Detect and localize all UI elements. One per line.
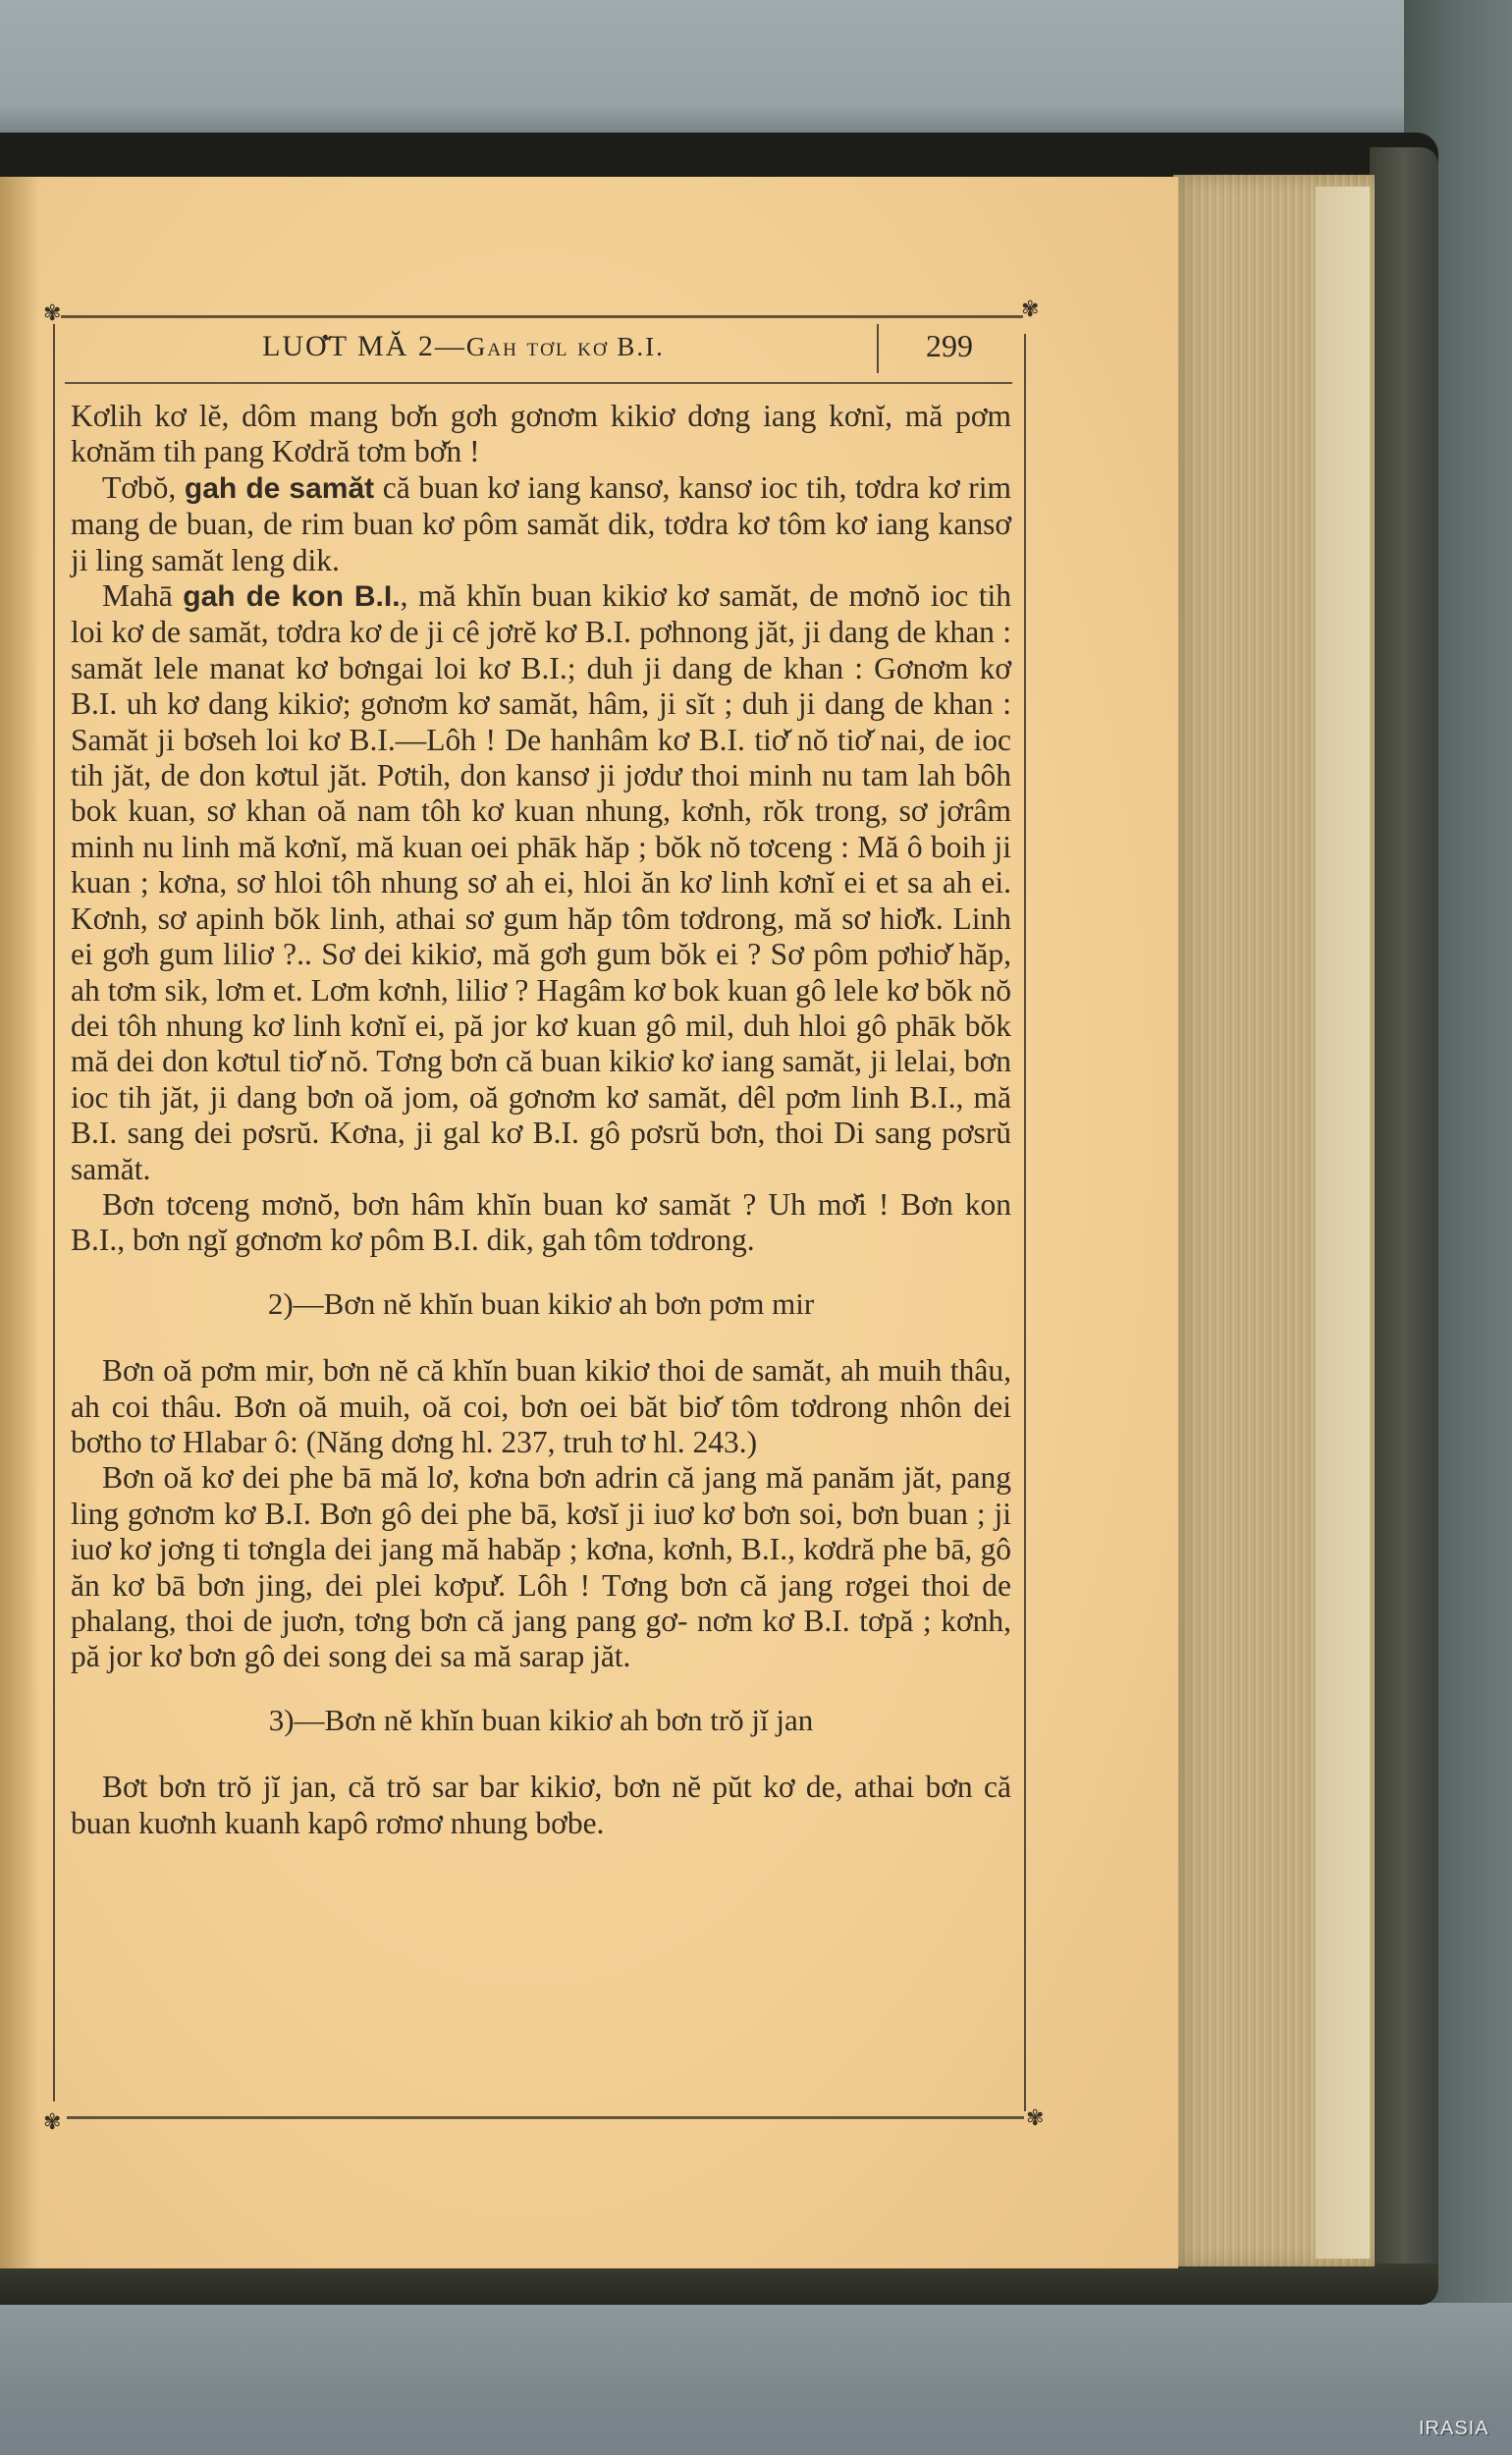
bottom-frame-rule — [67, 2116, 1024, 2119]
ornament-top-left-icon: ✾ — [43, 302, 61, 324]
scanner-background-top — [0, 0, 1512, 133]
paragraph: Bơn oă pơm mir, bơn nĕ că khĭn buan kiki… — [71, 1353, 1011, 1460]
page-number: 299 — [895, 328, 1003, 364]
ornament-bottom-right-icon: ✾ — [1026, 2107, 1044, 2129]
section-heading: 3)—Bơn nĕ khĭn buan kikiơ ah bơn trŏ jĭ … — [71, 1703, 1011, 1738]
paragraph: Bơn tơceng mơnŏ, bơn hâm khĭn buan kơ sa… — [71, 1187, 1011, 1259]
scanner-background-bottom — [0, 2303, 1512, 2455]
paragraph: Bơt bơn trŏ jĭ jan, că trŏ sar bar kikiơ… — [71, 1770, 1011, 1841]
book-cover-edge — [1370, 147, 1438, 2298]
body-text: Kơlih kơ lĕ, dôm mang bơ̆n gơh gơnơm kik… — [71, 399, 1011, 1841]
ornament-bottom-left-icon: ✾ — [43, 2111, 61, 2133]
running-head-main: LUƠ̆T MĂ 2— — [262, 330, 466, 362]
paragraph: Kơlih kơ lĕ, dôm mang bơ̆n gơh gơnơm kik… — [71, 399, 1011, 470]
page-gutter-shadow — [0, 177, 39, 2268]
running-head: LUƠ̆T MĂ 2—Gah tơl kơ B.I. 299 — [71, 324, 1003, 378]
right-frame-rule — [1024, 334, 1026, 2111]
header-bottom-rule — [65, 382, 1012, 384]
top-frame-rule — [61, 315, 1023, 318]
bold-phrase: gah de samăt — [185, 472, 374, 505]
running-head-smallcaps: Gah tơl kơ B.I. — [466, 332, 665, 361]
paragraph: Bơn oă kơ dei phe bā mă lơ, kơna bơn adr… — [71, 1460, 1011, 1674]
section-heading: 2)—Bơn nĕ khĭn buan kikiơ ah bơn pơm mir — [71, 1286, 1011, 1322]
paragraph: Mahā gah de kon B.I., mă khĭn buan kikiơ… — [71, 578, 1011, 1187]
left-frame-rule — [53, 324, 55, 2101]
book-cover-bottom-edge — [0, 2264, 1438, 2305]
ornament-top-right-icon: ✾ — [1021, 299, 1039, 320]
running-head-title: LUƠ̆T MĂ 2—Gah tơl kơ B.I. — [71, 330, 856, 363]
paragraph: Tơbŏ, gah de samăt că buan kơ iang kansơ… — [71, 470, 1011, 578]
watermark: IRASIA — [1419, 2418, 1489, 2440]
bold-phrase: gah de kon B.I. — [183, 580, 400, 613]
endpaper-edge — [1316, 187, 1370, 2259]
